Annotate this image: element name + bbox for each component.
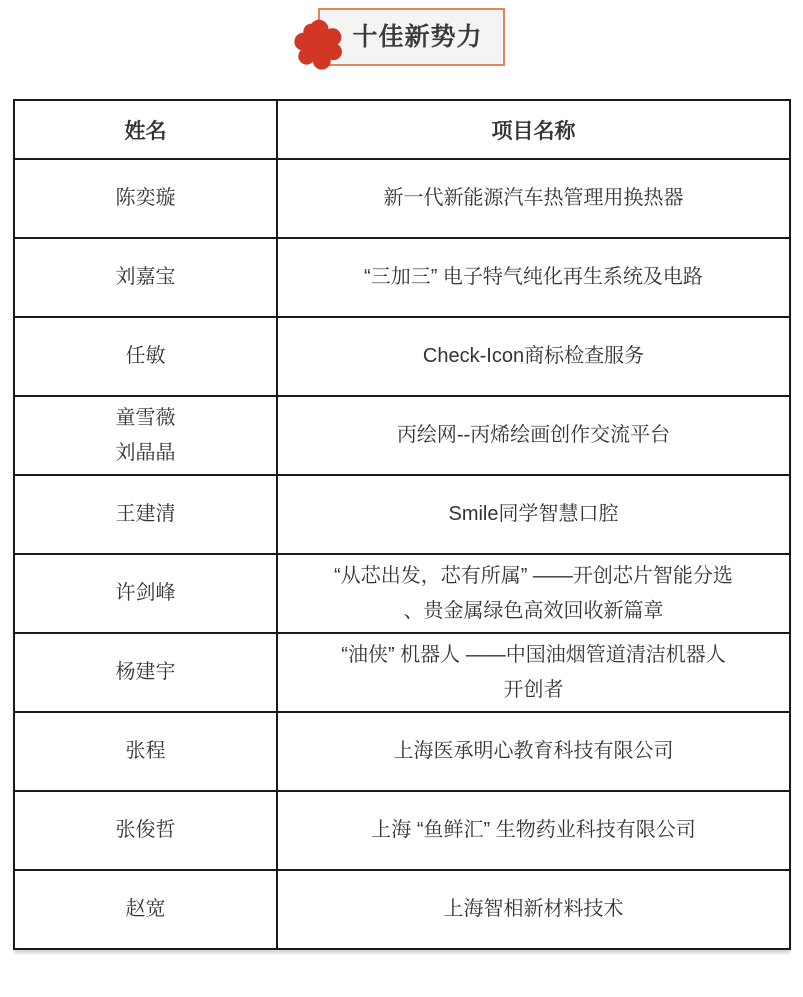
table-row: 杨建宇 “油侠” 机器人 ——中国油烟管道清洁机器人 开创者 [14,633,790,712]
project-cell: “油侠” 机器人 ——中国油烟管道清洁机器人 开创者 [277,633,790,712]
project-cell: “从芯出发，芯有所属” ——开创芯片智能分选 、贵金属绿色高效回收新篇章 [277,554,790,633]
page: { "badge": { "label": "十佳新势力", "border_c… [0,0,803,997]
name-cell: 童雪薇 刘晶晶 [14,396,277,475]
name-cell: 杨建宇 [14,633,277,712]
table-row: 许剑峰 “从芯出发，芯有所属” ——开创芯片智能分选 、贵金属绿色高效回收新篇章 [14,554,790,633]
name-cell: 许剑峰 [14,554,277,633]
table-header-row: 姓名 项目名称 [14,100,790,159]
award-badge: 十佳新势力 [318,8,504,66]
header-name: 姓名 [14,100,277,159]
table-row: 王建清 Smile同学智慧口腔 [14,475,790,554]
table-row: 张程 上海医承明心教育科技有限公司 [14,712,790,791]
table-row: 陈奕璇 新一代新能源汽车热管理用换热器 [14,159,790,238]
header-project: 项目名称 [277,100,790,159]
project-cell: 上海 “鱼鲜汇” 生物药业科技有限公司 [277,791,790,870]
table-row: 童雪薇 刘晶晶 丙绘网--丙烯绘画创作交流平台 [14,396,790,475]
name-cell: 张程 [14,712,277,791]
table-row: 赵宽 上海智相新材料技术 [14,870,790,949]
table-row: 张俊哲 上海 “鱼鲜汇” 生物药业科技有限公司 [14,791,790,870]
award-badge-box: 十佳新势力 [318,8,504,66]
award-badge-label: 十佳新势力 [352,23,482,51]
name-cell: 陈奕璇 [14,159,277,238]
name-cell: 刘嘉宝 [14,238,277,317]
flower-icon [291,17,347,73]
project-cell: “三加三” 电子特气纯化再生系统及电路 [277,238,790,317]
project-cell: Check-Icon商标检查服务 [277,317,790,396]
name-cell: 赵宽 [14,870,277,949]
project-cell: Smile同学智慧口腔 [277,475,790,554]
table-row: 任敏 Check-Icon商标检查服务 [14,317,790,396]
project-cell: 上海智相新材料技术 [277,870,790,949]
name-cell: 王建清 [14,475,277,554]
project-cell: 丙绘网--丙烯绘画创作交流平台 [277,396,790,475]
name-cell: 任敏 [14,317,277,396]
award-table: 姓名 项目名称 陈奕璇 新一代新能源汽车热管理用换热器 刘嘉宝 “三加三” 电子… [13,99,791,950]
project-cell: 上海医承明心教育科技有限公司 [277,712,790,791]
project-cell: 新一代新能源汽车热管理用换热器 [277,159,790,238]
name-cell: 张俊哲 [14,791,277,870]
table-row: 刘嘉宝 “三加三” 电子特气纯化再生系统及电路 [14,238,790,317]
